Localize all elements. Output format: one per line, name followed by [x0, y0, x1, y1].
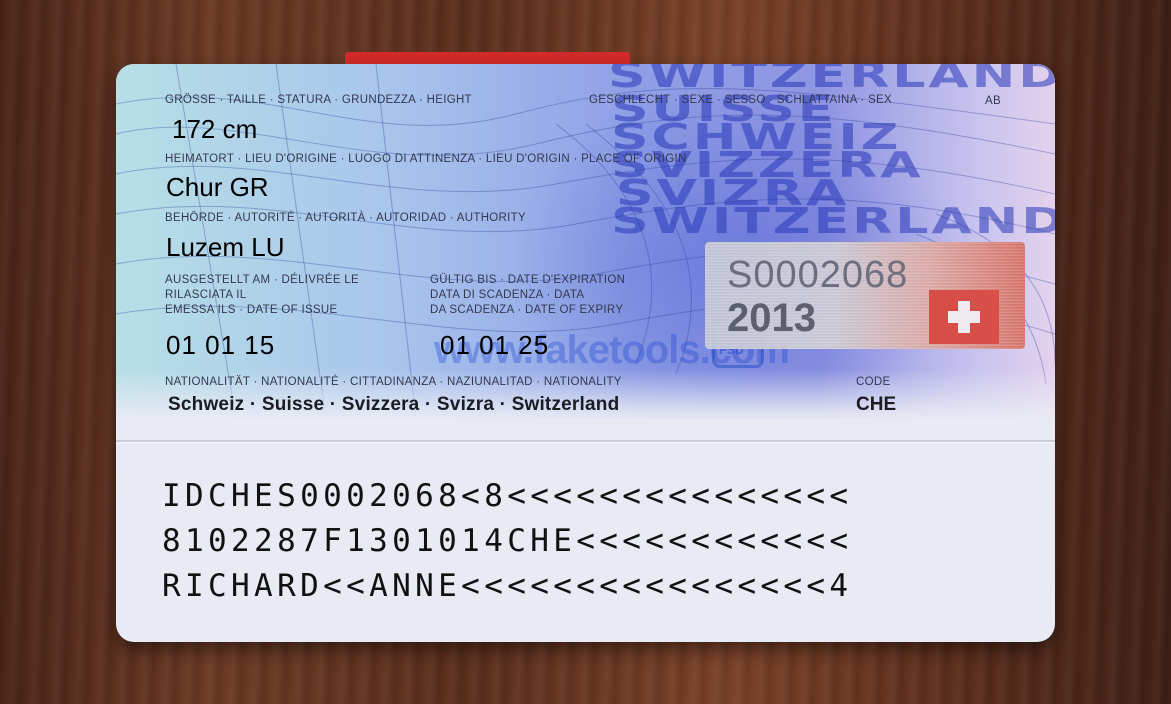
- place-of-origin-label: Heimatort · Lieu d'origine · Luogo di at…: [165, 153, 687, 165]
- nationality-label: Nationalität · Nationalité · Cittadinanz…: [165, 376, 622, 388]
- sex-value: AB: [985, 95, 1001, 107]
- mrz-line-1: IDCHES0002068<8<<<<<<<<<<<<<<<: [162, 478, 852, 514]
- code-label: Code: [856, 376, 890, 388]
- height-label: Grösse · Taille · Statura · Grundezza · …: [165, 94, 472, 106]
- hologram-document-number: S0002068: [727, 254, 908, 297]
- authority-label: Behörde · Autorité · Autorità · Autorida…: [165, 212, 526, 224]
- issue-date-label-line: Emessa ils · Date of issue: [165, 303, 337, 318]
- code-value: CHE: [856, 394, 896, 416]
- place-of-origin-value: Chur GR: [166, 172, 269, 203]
- issue-date-value: 01 01 15: [166, 330, 275, 361]
- id-card: SWITZERLAND SUISSE SCHWEIZ SVIZZERA SVIZ…: [116, 64, 1055, 642]
- mrz-line-2: 8102287F1301014CHE<<<<<<<<<<<<: [162, 523, 852, 559]
- hologram-year: 2013: [727, 296, 816, 341]
- card-divider: [116, 440, 1055, 443]
- issue-date-label-line: Ausgestellt am · Délivrée le: [165, 273, 359, 288]
- authority-value: Luzem LU: [166, 232, 285, 263]
- mrz-line-3: RICHARD<<ANNE<<<<<<<<<<<<<<<<4: [162, 568, 852, 604]
- swiss-flag-icon: [929, 290, 999, 344]
- nationality-value: Schweiz · Suisse · Svizzera · Svizra · S…: [168, 394, 619, 416]
- expiry-date-value: 01 01 25: [440, 330, 549, 361]
- expiry-date-label-line: Gültig bis · Date d'expiration: [430, 273, 625, 288]
- sex-label: Geschlecht · Sexe · Sesso · Schlattaina …: [589, 94, 892, 106]
- height-value: 172 cm: [172, 114, 257, 145]
- expiry-date-label-line: da scadenza · Date of expiry: [430, 303, 623, 318]
- expiry-date-label-line: Data di scadenza · Data: [430, 288, 584, 303]
- hologram-window: S0002068 2013: [705, 242, 1025, 349]
- issue-date-label-line: Rilasciata il: [165, 288, 246, 303]
